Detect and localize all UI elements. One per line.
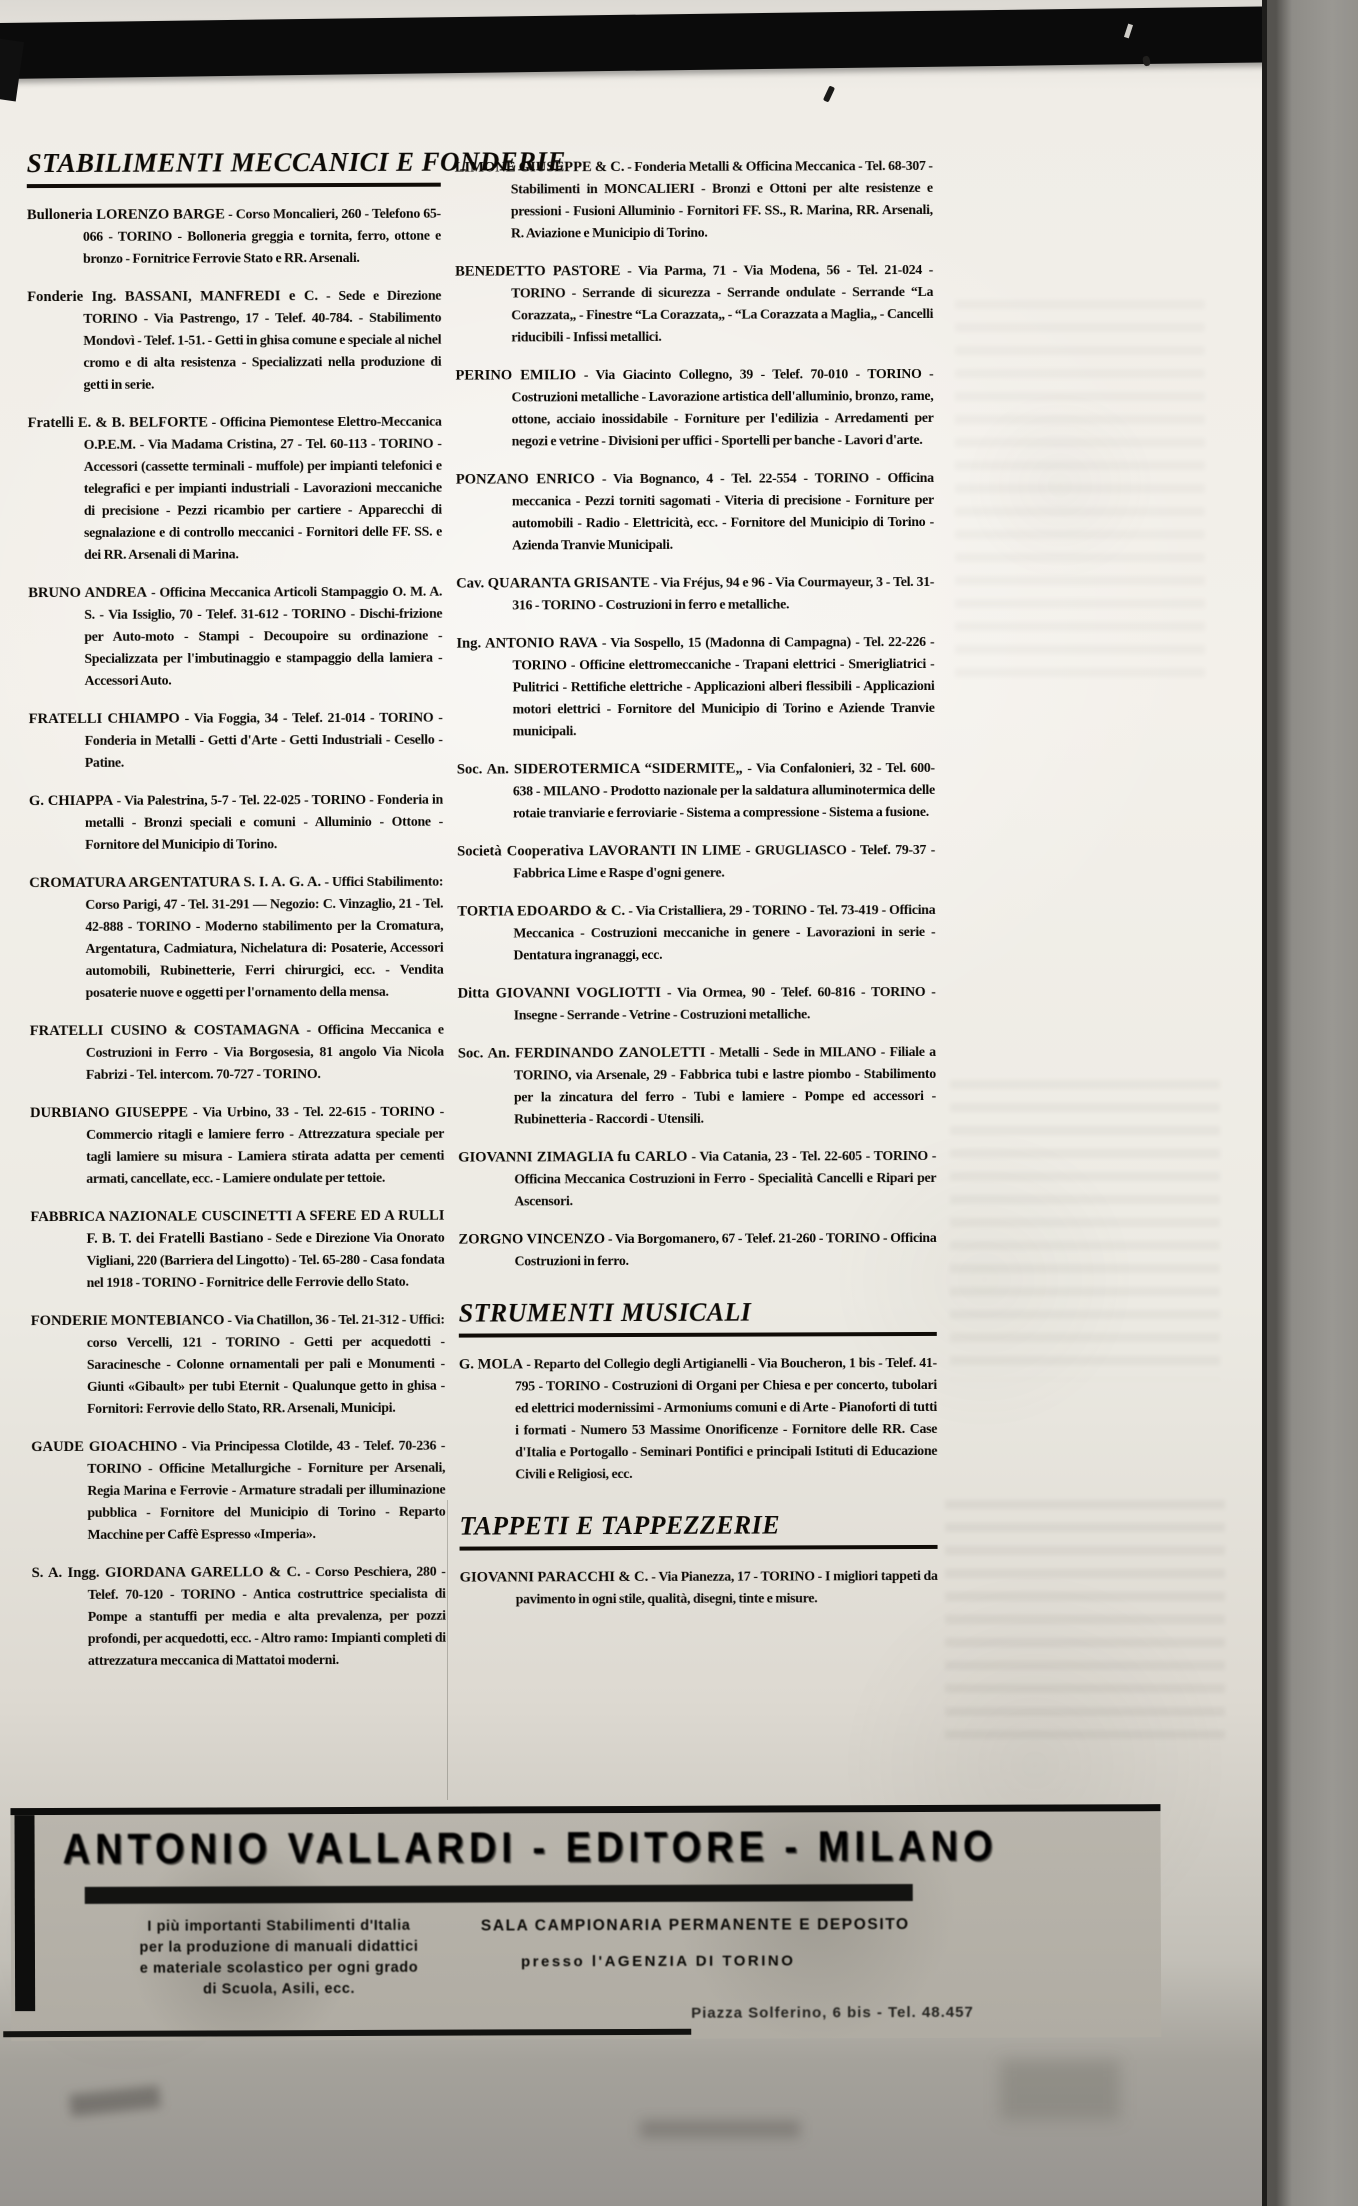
entry-company-name: Fratelli E. & B. BELFORTE [28,414,208,431]
directory-entry: G. MOLA - Reparto del Collegio degli Art… [459,1352,937,1486]
banner-address: Piazza Solferino, 6 bis - Tel. 48.457 [691,2003,1161,2022]
entry-company-name: FONDERIE MONTEBIANCO [31,1312,225,1329]
entry-details: - Uffici Stabilimento: Corso Parigi, 47 … [85,874,443,1000]
entry-company-name: Ing. ANTONIO RAVA [456,635,597,651]
directory-entry: Fonderie Ing. BASSANI, MANFREDI e C. - S… [27,285,441,396]
directory-entry: GIOVANNI ZIMAGLIA fu CARLO - Via Catania… [458,1145,936,1213]
entry-company-name: GIOVANNI PARACCHI & C. [460,1569,649,1586]
tappeti-entries-list: GIOVANNI PARACCHI & C. - Via Pianezza, 1… [460,1565,938,1611]
directory-entry: BENEDETTO PASTORE - Via Parma, 71 - Via … [455,259,933,349]
banner-left-border [14,1815,35,2011]
entry-company-name: GIOVANNI ZIMAGLIA fu CARLO [458,1149,687,1166]
directory-entry: G. CHIAPPA - Via Palestrina, 5-7 - Tel. … [29,789,443,856]
banner-title-underline [85,1884,913,1904]
entry-company-name: S. A. Ingg. GIORDANA GARELLO & C. [32,1564,301,1581]
entry-company-name: BENEDETTO PASTORE [455,263,620,280]
entry-company-name: CROMATURA ARGENTATURA S. I. A. G. A. [29,874,321,891]
entry-company-name: FRATELLI CHIAMPO [29,711,180,728]
left-entries-list: Bulloneria LORENZO BARGE - Corso Moncali… [27,203,446,1672]
directory-entry: Ing. ANTONIO RAVA - Via Sospello, 15 (Ma… [456,631,934,743]
entry-company-name: PERINO EMILIO [455,367,576,383]
section-title-strumenti-musicali: STRUMENTI MUSICALI [459,1297,937,1338]
directory-entry: GIOVANNI PARACCHI & C. - Via Pianezza, 1… [460,1565,938,1611]
banner-left-line: e materiale scolastico per ogni grado [95,1958,463,1980]
entry-details: - Officina Piemontese Elettro-Meccanica … [84,414,442,562]
directory-entry: FABBRICA NAZIONALE CUSCINETTI A SFERE ED… [30,1205,444,1294]
banner-right-copy: SALA CAMPIONARIA PERMANENTE E DEPOSITO p… [481,1916,951,1971]
entry-details: - Via Palestrina, 5-7 - Tel. 22-025 - TO… [85,792,443,852]
entry-company-name: LIMONE GIUSEPPE & C. [455,159,625,176]
entry-company-name: Bulloneria LORENZO BARGE [27,206,225,223]
entry-company-name: G. CHIAPPA [29,793,113,809]
directory-entry: Ditta GIOVANNI VOGLIOTTI - Via Ormea, 90… [458,981,936,1027]
scanned-directory-page: STABILIMENTI MECCANICI E FONDERIE Bullon… [0,0,1262,2206]
entry-company-name: Cav. QUARANTA GRISANTE [456,575,650,592]
banner-bottom-border [3,2029,691,2037]
entry-company-name: ZORGNO VINCENZO [458,1231,605,1248]
scan-blot [1000,2060,1120,2120]
banner-left-line: per la produzione di manuali didattici [95,1937,463,1959]
directory-entry: Soc. An. SIDEROTERMICA “SIDERMITE„ - Via… [457,757,935,825]
directory-entry: ZORGNO VINCENZO - Via Borgomanero, 67 - … [458,1227,936,1273]
directory-entry: Soc. An. FERDINANDO ZANOLETTI - Metalli … [458,1041,936,1131]
directory-entry: FRATELLI CHIAMPO - Via Foggia, 34 - Tele… [29,707,443,774]
directory-column-right: LIMONE GIUSEPPE & C. - Fonderia Metalli … [455,155,938,1627]
musical-entries-list: G. MOLA - Reparto del Collegio degli Art… [459,1352,937,1486]
right-entries-list: LIMONE GIUSEPPE & C. - Fonderia Metalli … [455,155,937,1273]
entry-company-name: Soc. An. SIDEROTERMICA “SIDERMITE„ [457,761,743,778]
entry-details: - Reparto del Collegio degli Artigianell… [515,1355,937,1481]
directory-entry: BRUNO ANDREA - Officina Meccanica Artico… [28,581,442,692]
entry-company-name: Ditta GIOVANNI VOGLIOTTI [458,985,661,1002]
directory-entry: CROMATURA ARGENTATURA S. I. A. G. A. - U… [29,871,443,1004]
banner-left-line: I più importanti Stabilimenti d'Italia [95,1916,463,1938]
banner-title: ANTONIO VALLARDI - EDITORE - MILANO [63,1823,1103,1875]
directory-entry: GAUDE GIOACHINO - Via Principessa Clotil… [31,1435,445,1546]
directory-column-left: STABILIMENTI MECCANICI E FONDERIE Bullon… [27,147,446,1688]
page-content: STABILIMENTI MECCANICI E FONDERIE Bullon… [0,0,1266,2206]
directory-entry: Fratelli E. & B. BELFORTE - Officina Pie… [28,411,443,566]
entry-company-name: Fonderie Ing. BASSANI, MANFREDI e C. [27,288,318,305]
entry-company-name: Soc. An. FERDINANDO ZANOLETTI [458,1045,706,1062]
vallardi-advertisement-banner: ANTONIO VALLARDI - EDITORE - MILANO I pi… [10,1804,1161,2041]
banner-left-copy: I più importanti Stabilimenti d'Italia p… [95,1916,463,2001]
entry-company-name: BRUNO ANDREA [28,585,147,601]
directory-entry: Cav. QUARANTA GRISANTE - Via Fréjus, 94 … [456,571,934,617]
entry-company-name: PONZANO ENRICO [456,471,595,487]
banner-left-line: di Scuola, Asili, ecc. [95,1979,463,2001]
banner-agency-line: presso l'AGENZIA DI TORINO [521,1952,951,1971]
entry-company-name: TORTIA EDOARDO & C. [457,903,625,920]
section-title-tappeti: TAPPETI E TAPPEZZERIE [459,1510,937,1551]
directory-entry: FRATELLI CUSINO & COSTAMAGNA - Officina … [30,1019,444,1086]
entry-company-name: GAUDE GIOACHINO [31,1439,177,1456]
directory-entry: TORTIA EDOARDO & C. - Via Cristalliera, … [457,899,935,967]
section-title-stabilimenti: STABILIMENTI MECCANICI E FONDERIE [27,147,441,188]
entry-company-name: DURBIANO GIUSEPPE [30,1105,188,1122]
directory-entry: Società Cooperativa LAVORANTI IN LIME - … [457,839,935,885]
directory-entry: Bulloneria LORENZO BARGE - Corso Moncali… [27,203,441,270]
page-edge-shadow [1262,0,1358,2206]
scan-blot [640,2120,800,2138]
directory-entry: LIMONE GIUSEPPE & C. - Fonderia Metalli … [455,155,933,245]
entry-company-name: FRATELLI CUSINO & COSTAMAGNA [30,1022,300,1039]
entry-company-name: G. MOLA [459,1356,523,1372]
banner-showroom-line: SALA CAMPIONARIA PERMANENTE E DEPOSITO [481,1916,951,1936]
directory-entry: PERINO EMILIO - Via Giacinto Collegno, 3… [455,363,933,453]
directory-entry: PONZANO ENRICO - Via Bognanco, 4 - Tel. … [456,467,934,557]
directory-entry: S. A. Ingg. GIORDANA GARELLO & C. - Cors… [32,1561,446,1672]
entry-company-name: Società Cooperativa LAVORANTI IN LIME [457,843,741,860]
directory-entry: DURBIANO GIUSEPPE - Via Urbino, 33 - Tel… [30,1101,444,1190]
directory-entry: FONDERIE MONTEBIANCO - Via Chatillon, 36… [31,1309,445,1420]
